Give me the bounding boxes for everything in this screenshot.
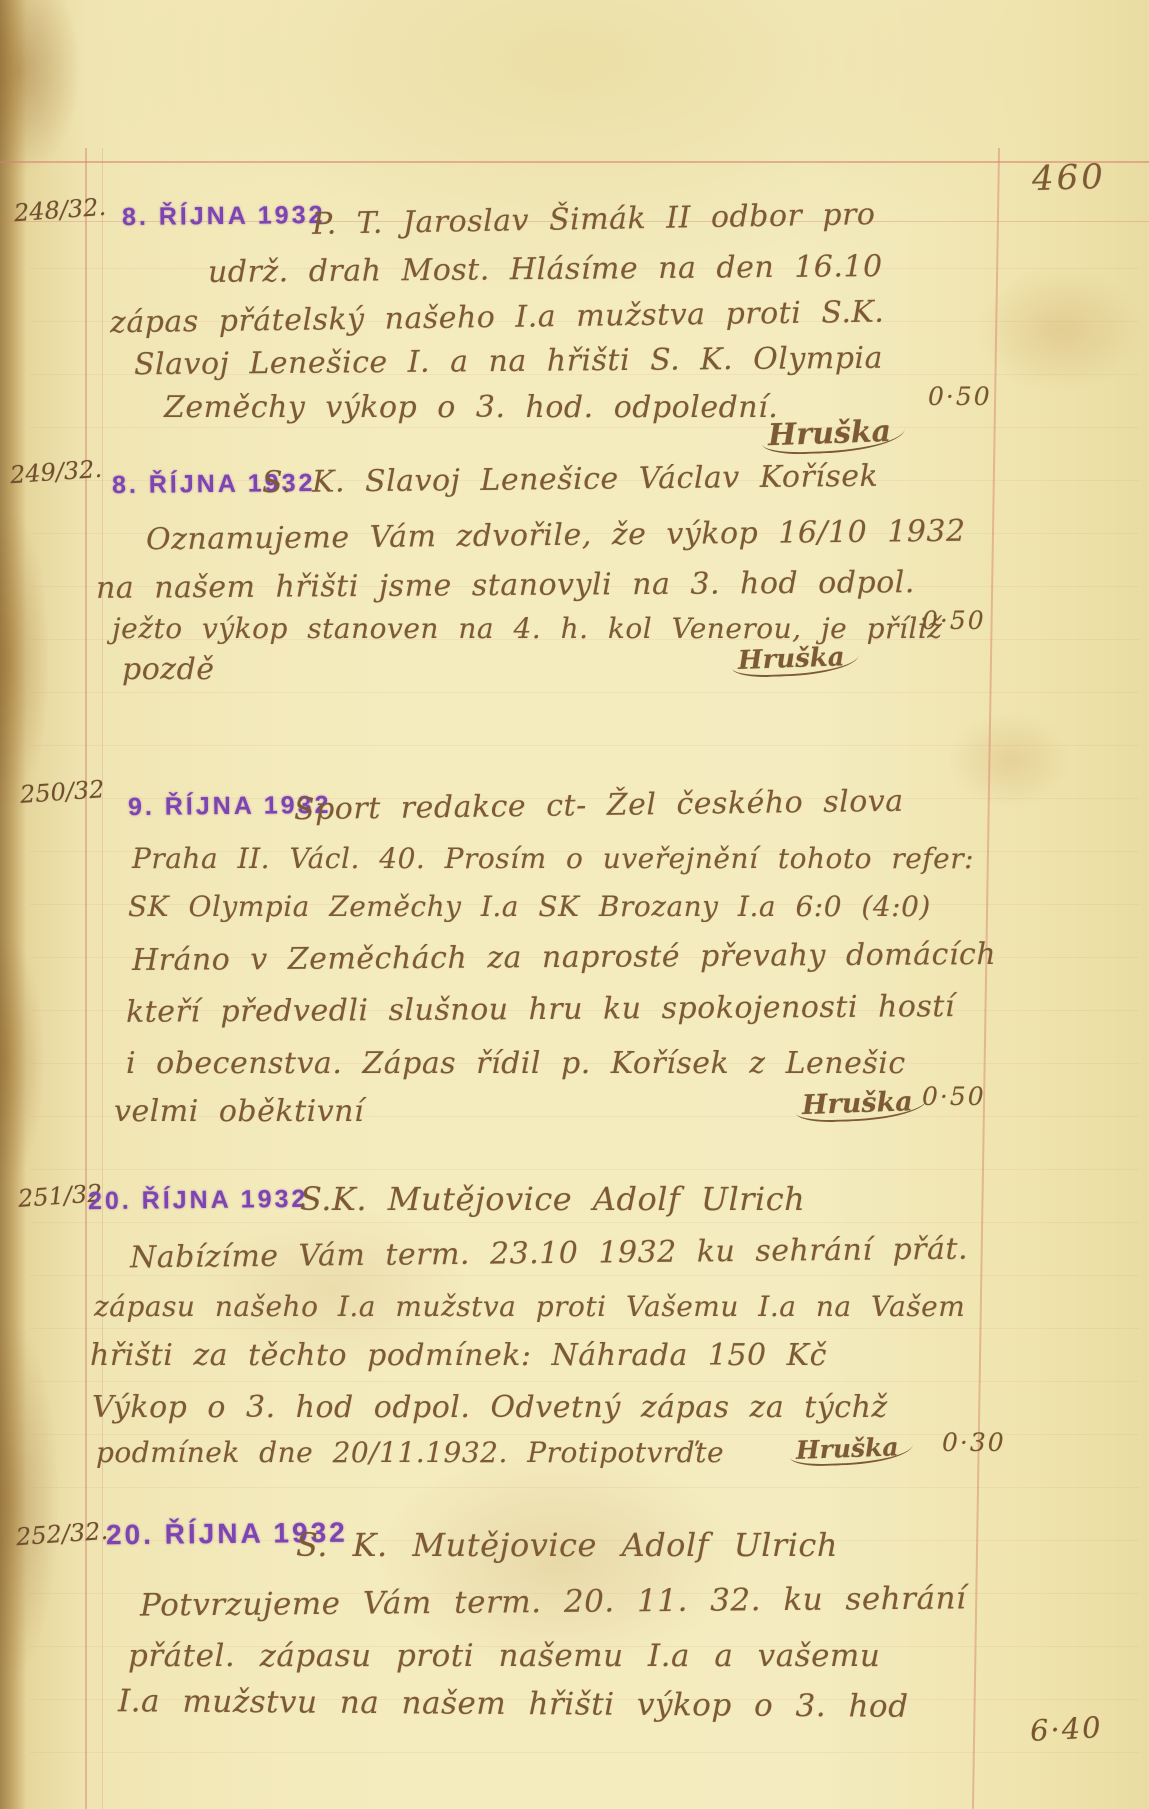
entry-line: velmi oběktivní (114, 1094, 364, 1129)
signature: Hruška (795, 1086, 927, 1124)
entry-line: zápas přátelský našeho I.a mužstva proti… (110, 295, 885, 341)
date-stamp: 20. ŘÍJNA 1932 (88, 1185, 309, 1216)
entry-line: ježto výkop stanoven na 4. h. kol Venero… (112, 612, 943, 645)
entry-line: S. K. Slavoj Lenešice Václav Kořísek (262, 459, 879, 500)
signature: Hruška (789, 1432, 913, 1467)
amount-value: 0·50 (922, 1082, 986, 1111)
entry-line: S.K. Mutějovice Adolf Ulrich (300, 1180, 805, 1218)
entry-line: podmínek dne 20/11.1932. Protipotvrďte (96, 1436, 724, 1469)
entry-ref: 250/32 (19, 775, 105, 809)
entry-line: Výkop o 3. hod odpol. Odvetný zápas za t… (92, 1390, 888, 1425)
page-number: 460 (1031, 157, 1106, 200)
entry-line: Nabízíme Vám term. 23.10 1932 ku sehrání… (130, 1232, 968, 1276)
entry-line: SK Olympia Zeměchy I.a SK Brozany I.a 6:… (128, 890, 931, 923)
entry-line: Hráno v Zeměchách za naprosté převahy do… (132, 937, 996, 978)
signature: Hruška (731, 642, 859, 678)
entry-line: Sport redakce ct- Žel českého slova (294, 784, 904, 828)
amount-value: 0·30 (942, 1428, 1006, 1457)
entry-ref: 248/32. (13, 193, 107, 227)
entry-ref: 252/32. (15, 1517, 109, 1551)
entry-line: Praha II. Václ. 40. Prosím o uveřejnění … (132, 842, 974, 875)
entry-line: I.a mužstvu na našem hřišti výkop o 3. h… (118, 1683, 909, 1725)
entry-line: hřišti za těchto podmínek: Náhrada 150 K… (90, 1338, 827, 1373)
entry-line: pozdě (122, 652, 215, 687)
entry-line: přátel. zápasu proti našemu I.a a vašemu (128, 1638, 880, 1674)
amount-value: 0·50 (928, 382, 992, 411)
entry-line: Oznamujeme Vám zdvořile, že výkop 16/10 … (146, 514, 966, 558)
entry-line: S. K. Mutějovice Adolf Ulrich (296, 1526, 838, 1564)
entry-line: Slavoj Lenešice I. a na hřišti S. K. Oly… (134, 341, 883, 383)
entry-line: udrž. drah Most. Hlásíme na den 16.10 (208, 249, 883, 290)
entry-line: i obecenstva. Zápas řídil p. Kořísek z L… (126, 1046, 906, 1081)
amount-value: 0·50 (922, 606, 986, 635)
left-margin-rule (85, 148, 87, 1809)
ledger-page: 460 248/32. 8. ŘÍJNA 1932 P. T. Jaroslav… (0, 0, 1149, 1809)
entry-line: P. T. Jaroslav Šimák II odbor pro (312, 197, 876, 242)
ruled-line-top (0, 161, 1149, 163)
entry-line: kteří předvedli slušnou hru ku spokojeno… (126, 989, 955, 1030)
entry-line: na našem hřišti jsme stanovyli na 3. hod… (96, 565, 915, 606)
page-total: 6·40 (1029, 1710, 1103, 1748)
entry-line: Potvrzujeme Vám term. 20. 11. 32. ku seh… (140, 1580, 967, 1623)
entry-line: zápasu našeho I.a mužstva proti Vašemu I… (94, 1290, 965, 1323)
entry-line: Zeměchy výkop o 3. hod. odpolední. (164, 390, 778, 425)
entry-ref: 249/32. (9, 455, 103, 489)
signature: Hruška (761, 414, 905, 456)
date-stamp: 8. ŘÍJNA 1932 (122, 201, 326, 232)
left-margin-rule-inner (102, 148, 103, 1809)
